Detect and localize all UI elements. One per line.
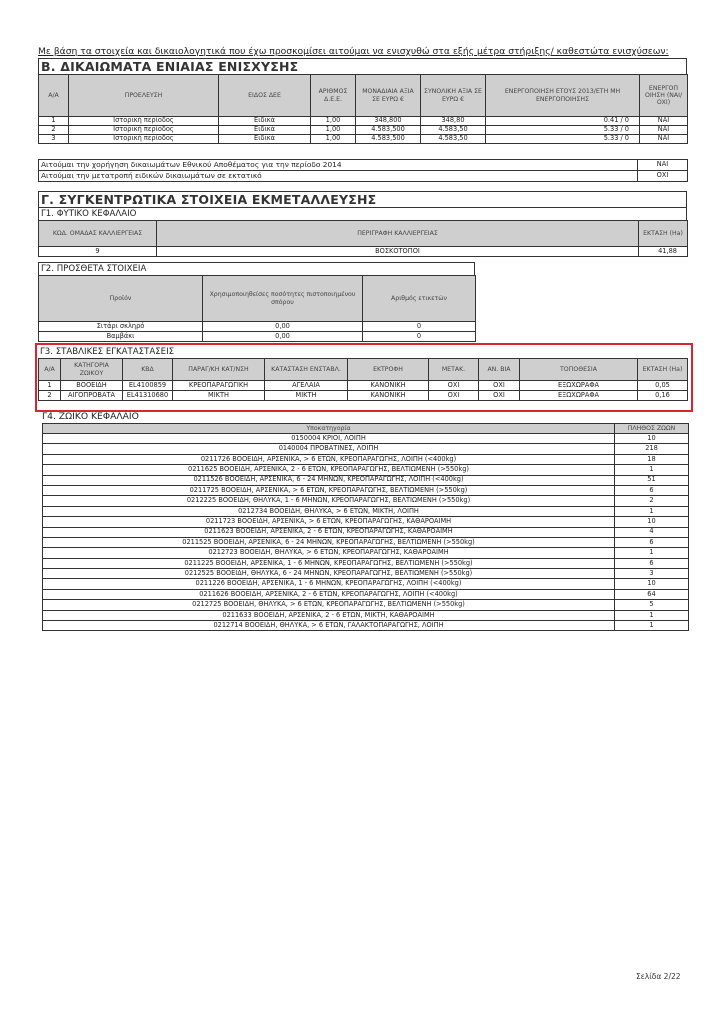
table-cell: 3 <box>39 135 69 144</box>
column-header: ΕΙΔΟΣ ΔΕΕ <box>219 75 311 117</box>
page-number: Σελίδα 2/22 <box>636 972 681 981</box>
g1-table: ΚΩΔ. ΟΜΑΔΑΣ ΚΑΛΛΙΕΡΓΕΙΑΣΠΕΡΙΓΡΑΦΗ ΚΑΛΛΙΕ… <box>38 220 688 257</box>
table-cell: 1 <box>615 506 689 516</box>
table-cell: ΟΧΙ <box>479 391 520 401</box>
table-row: 0211633 ΒΟΟΕΙΔΗ, ΑΡΣΕΝΙΚΑ, 2 - 6 ΕΤΩΝ, Μ… <box>43 610 689 620</box>
table-cell: 0211623 ΒΟΟΕΙΔΗ, ΑΡΣΕΝΙΚΑ, 2 - 6 ΕΤΩΝ, Κ… <box>43 527 615 537</box>
table-cell: ΜΙΚΤΗ <box>265 391 348 401</box>
table-cell: 18 <box>615 454 689 464</box>
table-row: 0150004 ΚΡΙΟΙ, ΛΟΙΠΗ10 <box>43 434 689 444</box>
column-header: ΠΕΡΙΓΡΑΦΗ ΚΑΛΛΙΕΡΓΕΙΑΣ <box>157 221 639 247</box>
request-row: Αιτούμαι την μετατροπή ειδικών δικαιωμάτ… <box>39 171 688 182</box>
column-header: ΑΡΙΘΜΟΣ Δ.Ε.Ε. <box>311 75 356 117</box>
table-cell: ΚΑΝΟΝΙΚΗ <box>348 391 429 401</box>
column-header: ΕΚΤΡΟΦΗ <box>348 359 429 381</box>
table-cell: 2 <box>615 496 689 506</box>
table-cell: 3 <box>615 569 689 579</box>
table-row: 3Ιστορική περίοδοςΕιδικά1,004.583,5004.5… <box>39 135 688 144</box>
table-row: 2ΑΙΓΟΠΡΟΒΑΤΑEL41310680ΜΙΚΤΗΜΙΚΤΗΚΑΝΟΝΙΚΗ… <box>39 391 688 401</box>
table-cell: 2 <box>39 126 69 135</box>
requests-table: Αιτούμαι την χορήγηση δικαιωμάτων Εθνικο… <box>38 159 688 182</box>
table-cell: 1,00 <box>311 126 356 135</box>
table-cell: 5 <box>615 600 689 610</box>
column-header: ΕΝΕΡΓΟΠ ΟΙΗΣΗ (ΝΑΙ/ΟΧΙ) <box>640 75 688 117</box>
request-value: ΟΧΙ <box>638 171 688 182</box>
g4-title-bar: Γ4. ΖΩΙΚΟ ΚΕΦΑΛΑΙΟ <box>40 410 340 423</box>
table-cell: ΟΧΙ <box>429 391 479 401</box>
column-header: ΠΑΡΑΓ/ΚΗ ΚΑΤ/ΝΣΗ <box>173 359 265 381</box>
table-cell: ΟΧΙ <box>429 381 479 391</box>
table-cell: 0212723 ΒΟΟΕΙΔΗ, ΘΗΛΥΚΑ, > 6 ΕΤΩΝ, ΚΡΕΟΠ… <box>43 548 615 558</box>
table-cell: 1 <box>615 621 689 631</box>
table-cell: 9 <box>39 247 157 257</box>
table-cell: 1 <box>615 548 689 558</box>
table-cell: Βαμβάκι <box>39 332 203 342</box>
table-row: 0211725 ΒΟΟΕΙΔΗ, ΑΡΣΕΝΙΚΑ, > 6 ΕΤΩΝ, ΚΡΕ… <box>43 485 689 495</box>
request-label: Αιτούμαι την μετατροπή ειδικών δικαιωμάτ… <box>39 171 638 182</box>
table-cell: 41,88 <box>639 247 688 257</box>
column-header: Αριθμός ετικετών <box>363 276 476 322</box>
table-row: 0211623 ΒΟΟΕΙΔΗ, ΑΡΣΕΝΙΚΑ, 2 - 6 ΕΤΩΝ, Κ… <box>43 527 689 537</box>
table-row: 1ΒΟΟΕΙΔΗEL4100859ΚΡΕΟΠΑΡΑΓΩΓΙΚΗΑΓΕΛΑΙΑΚΑ… <box>39 381 688 391</box>
table-cell: 51 <box>615 475 689 485</box>
table-cell: 0211723 ΒΟΟΕΙΔΗ, ΑΡΣΕΝΙΚΑ, > 6 ΕΤΩΝ, ΚΡΕ… <box>43 517 615 527</box>
column-header: ΣΥΝΟΛΙΚΗ ΑΞΙΑ ΣΕ ΕΥΡΩ € <box>421 75 486 117</box>
table-cell: 0150004 ΚΡΙΟΙ, ΛΟΙΠΗ <box>43 434 615 444</box>
table-cell: 0212714 ΒΟΟΕΙΔΗ, ΘΗΛΥΚΑ, > 6 ΕΤΩΝ, ΓΑΛΑΚ… <box>43 621 615 631</box>
table-row: 0211723 ΒΟΟΕΙΔΗ, ΑΡΣΕΝΙΚΑ, > 6 ΕΤΩΝ, ΚΡΕ… <box>43 517 689 527</box>
table-cell: 0,16 <box>638 391 688 401</box>
table-row: 0211625 ΒΟΟΕΙΔΗ, ΑΡΣΕΝΙΚΑ, 2 - 6 ΕΤΩΝ, Κ… <box>43 465 689 475</box>
table-cell: ΕΞΩΧΩΡΑΦΑ <box>520 381 638 391</box>
table-cell: ΝΑΙ <box>640 135 688 144</box>
table-cell: 4.583,50 <box>421 126 486 135</box>
table-cell: Ιστορική περίοδος <box>69 135 219 144</box>
table-cell: 0 <box>363 332 476 342</box>
table-cell: 0211633 ΒΟΟΕΙΔΗ, ΑΡΣΕΝΙΚΑ, 2 - 6 ΕΤΩΝ, Μ… <box>43 610 615 620</box>
column-header: Προϊόν <box>39 276 203 322</box>
table-cell: EL41310680 <box>123 391 173 401</box>
table-cell: Ιστορική περίοδος <box>69 126 219 135</box>
table-cell: EL4100859 <box>123 381 173 391</box>
table-row: 0211525 ΒΟΟΕΙΔΗ, ΑΡΣΕΝΙΚΑ, 6 - 24 ΜΗΝΩΝ,… <box>43 537 689 547</box>
g2-table: ΠροϊόνΧρησιμοποιηθείσες ποσότητες πιστοπ… <box>38 275 476 342</box>
table-cell: 10 <box>615 517 689 527</box>
section-b-title: Β. ΔΙΚΑΙΩΜΑΤΑ ΕΝΙΑΙΑΣ ΕΝΙΣΧΥΣΗΣ <box>39 59 686 75</box>
table-cell: 4.583,500 <box>356 126 421 135</box>
table-cell: 4.583,50 <box>421 135 486 144</box>
table-cell: 0211625 ΒΟΟΕΙΔΗ, ΑΡΣΕΝΙΚΑ, 2 - 6 ΕΤΩΝ, Κ… <box>43 465 615 475</box>
column-header: Α/Α <box>39 75 69 117</box>
table-cell: 348,800 <box>356 117 421 126</box>
table-cell: ΚΑΝΟΝΙΚΗ <box>348 381 429 391</box>
table-row: 0211225 ΒΟΟΕΙΔΗ, ΑΡΣΕΝΙΚΑ, 1 - 6 ΜΗΝΩΝ, … <box>43 558 689 568</box>
table-cell: Ειδικά <box>219 126 311 135</box>
table-cell: 0212734 ΒΟΟΕΙΔΗ, ΘΗΛΥΚΑ, > 6 ΕΤΩΝ, ΜΙΚΤΗ… <box>43 506 615 516</box>
table-cell: 0140004 ΠΡΟΒΑΤΙΝΕΣ, ΛΟΙΠΗ <box>43 444 615 454</box>
request-value: ΝΑΙ <box>638 160 688 171</box>
column-header: ΕΚΤΑΣΗ (Ha) <box>639 221 688 247</box>
table-cell: 0211726 ΒΟΟΕΙΔΗ, ΑΡΣΕΝΙΚΑ, > 6 ΕΤΩΝ, ΚΡΕ… <box>43 454 615 464</box>
column-header: Υποκατηγορία <box>43 424 615 434</box>
intro-text: Με βάση τα στοιχεία και δικαιολογητικά π… <box>38 46 669 57</box>
table-cell: 5.33 / 0 <box>486 126 640 135</box>
column-header: ΚΑΤΑΣΤΑΣΗ ΕΝΣΤΑΒΛ. <box>265 359 348 381</box>
table-cell: Ειδικά <box>219 117 311 126</box>
table-row: 2Ιστορική περίοδοςΕιδικά1,004.583,5004.5… <box>39 126 688 135</box>
table-cell: 0 <box>363 322 476 332</box>
table-cell: ΕΞΩΧΩΡΑΦΑ <box>520 391 638 401</box>
table-cell: 0,05 <box>638 381 688 391</box>
column-header: Χρησιμοποιηθείσες ποσότητες πιστοποιημέν… <box>203 276 363 322</box>
column-header: ΜΕΤΑΚ. <box>429 359 479 381</box>
g3-header-row: Α/ΑΚΑΤΗΓΟΡΙΑ ΖΩΙΚΟΥΚΒΔΠΑΡΑΓ/ΚΗ ΚΑΤ/ΝΣΗΚΑ… <box>39 359 688 381</box>
table-cell: Ιστορική περίοδος <box>69 117 219 126</box>
request-label: Αιτούμαι την χορήγηση δικαιωμάτων Εθνικο… <box>39 160 638 171</box>
table-cell: ΑΓΕΛΑΙΑ <box>265 381 348 391</box>
table-cell: 0211225 ΒΟΟΕΙΔΗ, ΑΡΣΕΝΙΚΑ, 1 - 6 ΜΗΝΩΝ, … <box>43 558 615 568</box>
column-header: ΜΟΝΑΔΙΑΙΑ ΑΞΙΑ ΣΕ ΕΥΡΩ € <box>356 75 421 117</box>
table-cell: ΑΙΓΟΠΡΟΒΑΤΑ <box>61 391 123 401</box>
table-row: 0211526 ΒΟΟΕΙΔΗ, ΑΡΣΕΝΙΚΑ, 6 - 24 ΜΗΝΩΝ,… <box>43 475 689 485</box>
table-row: Βαμβάκι0,000 <box>39 332 476 342</box>
table-cell: 0211725 ΒΟΟΕΙΔΗ, ΑΡΣΕΝΙΚΑ, > 6 ΕΤΩΝ, ΚΡΕ… <box>43 485 615 495</box>
table-cell: 4 <box>615 527 689 537</box>
table-cell: Ειδικά <box>219 135 311 144</box>
table-row: 9ΒΟΣΚΟΤΟΠΟΙ41,88 <box>39 247 688 257</box>
g4-table: ΥποκατηγορίαΠΛΗΘΟΣ ΖΩΩΝ 0150004 ΚΡΙΟΙ, Λ… <box>42 423 689 631</box>
table-cell: 0212225 ΒΟΟΕΙΔΗ, ΘΗΛΥΚΑ, 1 - 6 ΜΗΝΩΝ, ΚΡ… <box>43 496 615 506</box>
table-row: Σιτάρι σκληρό0,000 <box>39 322 476 332</box>
table-cell: 1 <box>615 610 689 620</box>
table-cell: 1,00 <box>311 135 356 144</box>
column-header: ΠΡΟΕΛΕΥΣΗ <box>69 75 219 117</box>
table-cell: 0211525 ΒΟΟΕΙΔΗ, ΑΡΣΕΝΙΚΑ, 6 - 24 ΜΗΝΩΝ,… <box>43 537 615 547</box>
g4-header-row: ΥποκατηγορίαΠΛΗΘΟΣ ΖΩΩΝ <box>43 424 689 434</box>
g1-header-row: ΚΩΔ. ΟΜΑΔΑΣ ΚΑΛΛΙΕΡΓΕΙΑΣΠΕΡΙΓΡΑΦΗ ΚΑΛΛΙΕ… <box>39 221 688 247</box>
column-header: ΑΝ. ΒΙΑ <box>479 359 520 381</box>
table-row: 0212723 ΒΟΟΕΙΔΗ, ΘΗΛΥΚΑ, > 6 ΕΤΩΝ, ΚΡΕΟΠ… <box>43 548 689 558</box>
table-cell: 1 <box>39 381 61 391</box>
column-header: ΕΝΕΡΓΟΠΟΙΗΣΗ ΕΤΟΥΣ 2013/ΕΤΗ ΜΗ ΕΝΕΡΓΟΠΟΙ… <box>486 75 640 117</box>
table-cell: 1,00 <box>311 117 356 126</box>
g3-table: Α/ΑΚΑΤΗΓΟΡΙΑ ΖΩΙΚΟΥΚΒΔΠΑΡΑΓ/ΚΗ ΚΑΤ/ΝΣΗΚΑ… <box>38 358 688 401</box>
table-cell: 2 <box>39 391 61 401</box>
section-g-title: Γ. ΣΥΓΚΕΝΤΡΩΤΙΚΑ ΣΤΟΙΧΕΙΑ ΕΚΜΕΤΑΛΛΕΥΣΗΣ <box>39 192 686 208</box>
table-cell: 10 <box>615 434 689 444</box>
table-cell: 0,00 <box>203 332 363 342</box>
request-row: Αιτούμαι την χορήγηση δικαιωμάτων Εθνικο… <box>39 160 688 171</box>
table-cell: ΜΙΚΤΗ <box>173 391 265 401</box>
table-row: 1Ιστορική περίοδοςΕιδικά1,00348,800348,8… <box>39 117 688 126</box>
column-header: ΕΚΤΑΣΗ (Ha) <box>638 359 688 381</box>
table-cell: 0212525 ΒΟΟΕΙΔΗ, ΘΗΛΥΚΑ, 6 - 24 ΜΗΝΩΝ, Κ… <box>43 569 615 579</box>
table-cell: 6 <box>615 537 689 547</box>
table-cell: 1 <box>39 117 69 126</box>
table-row: 0211226 ΒΟΟΕΙΔΗ, ΑΡΣΕΝΙΚΑ, 1 - 6 ΜΗΝΩΝ, … <box>43 579 689 589</box>
column-header: ΠΛΗΘΟΣ ΖΩΩΝ <box>615 424 689 434</box>
table-cell: 0.41 / 0 <box>486 117 640 126</box>
g3-title-bar: Γ3. ΣΤΑΒΛΙΚΕΣ ΕΓΚΑΤΑΣΤΑΣΕΙΣ <box>38 346 685 358</box>
table-row: 0140004 ΠΡΟΒΑΤΙΝΕΣ, ΛΟΙΠΗ218 <box>43 444 689 454</box>
column-header: ΚΑΤΗΓΟΡΙΑ ΖΩΙΚΟΥ <box>61 359 123 381</box>
table-cell: ΒΟΣΚΟΤΟΠΟΙ <box>157 247 639 257</box>
section-b-table: Α/ΑΠΡΟΕΛΕΥΣΗΕΙΔΟΣ ΔΕΕΑΡΙΘΜΟΣ Δ.Ε.Ε.ΜΟΝΑΔ… <box>38 74 688 144</box>
table-cell: Σιτάρι σκληρό <box>39 322 203 332</box>
table-row: 0212225 ΒΟΟΕΙΔΗ, ΘΗΛΥΚΑ, 1 - 6 ΜΗΝΩΝ, ΚΡ… <box>43 496 689 506</box>
table-cell: ΟΧΙ <box>479 381 520 391</box>
g4-title: Γ4. ΖΩΙΚΟ ΚΕΦΑΛΑΙΟ <box>40 410 340 423</box>
table-cell: 0211226 ΒΟΟΕΙΔΗ, ΑΡΣΕΝΙΚΑ, 1 - 6 ΜΗΝΩΝ, … <box>43 579 615 589</box>
column-header: ΚΩΔ. ΟΜΑΔΑΣ ΚΑΛΛΙΕΡΓΕΙΑΣ <box>39 221 157 247</box>
table-row: 0211626 ΒΟΟΕΙΔΗ, ΑΡΣΕΝΙΚΑ, 2 - 6 ΕΤΩΝ, Κ… <box>43 589 689 599</box>
table-cell: 1 <box>615 465 689 475</box>
table-cell: 6 <box>615 485 689 495</box>
table-cell: ΒΟΟΕΙΔΗ <box>61 381 123 391</box>
g3-title: Γ3. ΣΤΑΒΛΙΚΕΣ ΕΓΚΑΤΑΣΤΑΣΕΙΣ <box>38 346 685 358</box>
section-b-header-row: Α/ΑΠΡΟΕΛΕΥΣΗΕΙΔΟΣ ΔΕΕΑΡΙΘΜΟΣ Δ.Ε.Ε.ΜΟΝΑΔ… <box>39 75 688 117</box>
table-row: 0212714 ΒΟΟΕΙΔΗ, ΘΗΛΥΚΑ, > 6 ΕΤΩΝ, ΓΑΛΑΚ… <box>43 621 689 631</box>
table-cell: 10 <box>615 579 689 589</box>
table-cell: 0211626 ΒΟΟΕΙΔΗ, ΑΡΣΕΝΙΚΑ, 2 - 6 ΕΤΩΝ, Κ… <box>43 589 615 599</box>
table-cell: 218 <box>615 444 689 454</box>
table-cell: 348,80 <box>421 117 486 126</box>
table-cell: 4.583,500 <box>356 135 421 144</box>
table-row: 0211726 ΒΟΟΕΙΔΗ, ΑΡΣΕΝΙΚΑ, > 6 ΕΤΩΝ, ΚΡΕ… <box>43 454 689 464</box>
table-cell: 0,00 <box>203 322 363 332</box>
table-cell: ΝΑΙ <box>640 126 688 135</box>
table-cell: 64 <box>615 589 689 599</box>
table-cell: 0212725 ΒΟΟΕΙΔΗ, ΘΗΛΥΚΑ, > 6 ΕΤΩΝ, ΚΡΕΟΠ… <box>43 600 615 610</box>
table-cell: 5.33 / 0 <box>486 135 640 144</box>
table-cell: ΚΡΕΟΠΑΡΑΓΩΓΙΚΗ <box>173 381 265 391</box>
table-cell: 6 <box>615 558 689 568</box>
column-header: ΤΟΠΟΘΕΣΙΑ <box>520 359 638 381</box>
column-header: ΚΒΔ <box>123 359 173 381</box>
table-row: 0212525 ΒΟΟΕΙΔΗ, ΘΗΛΥΚΑ, 6 - 24 ΜΗΝΩΝ, Κ… <box>43 569 689 579</box>
table-cell: 0211526 ΒΟΟΕΙΔΗ, ΑΡΣΕΝΙΚΑ, 6 - 24 ΜΗΝΩΝ,… <box>43 475 615 485</box>
table-cell: ΝΑΙ <box>640 117 688 126</box>
g2-header-row: ΠροϊόνΧρησιμοποιηθείσες ποσότητες πιστοπ… <box>39 276 476 322</box>
table-row: 0212725 ΒΟΟΕΙΔΗ, ΘΗΛΥΚΑ, > 6 ΕΤΩΝ, ΚΡΕΟΠ… <box>43 600 689 610</box>
column-header: Α/Α <box>39 359 61 381</box>
table-row: 0212734 ΒΟΟΕΙΔΗ, ΘΗΛΥΚΑ, > 6 ΕΤΩΝ, ΜΙΚΤΗ… <box>43 506 689 516</box>
